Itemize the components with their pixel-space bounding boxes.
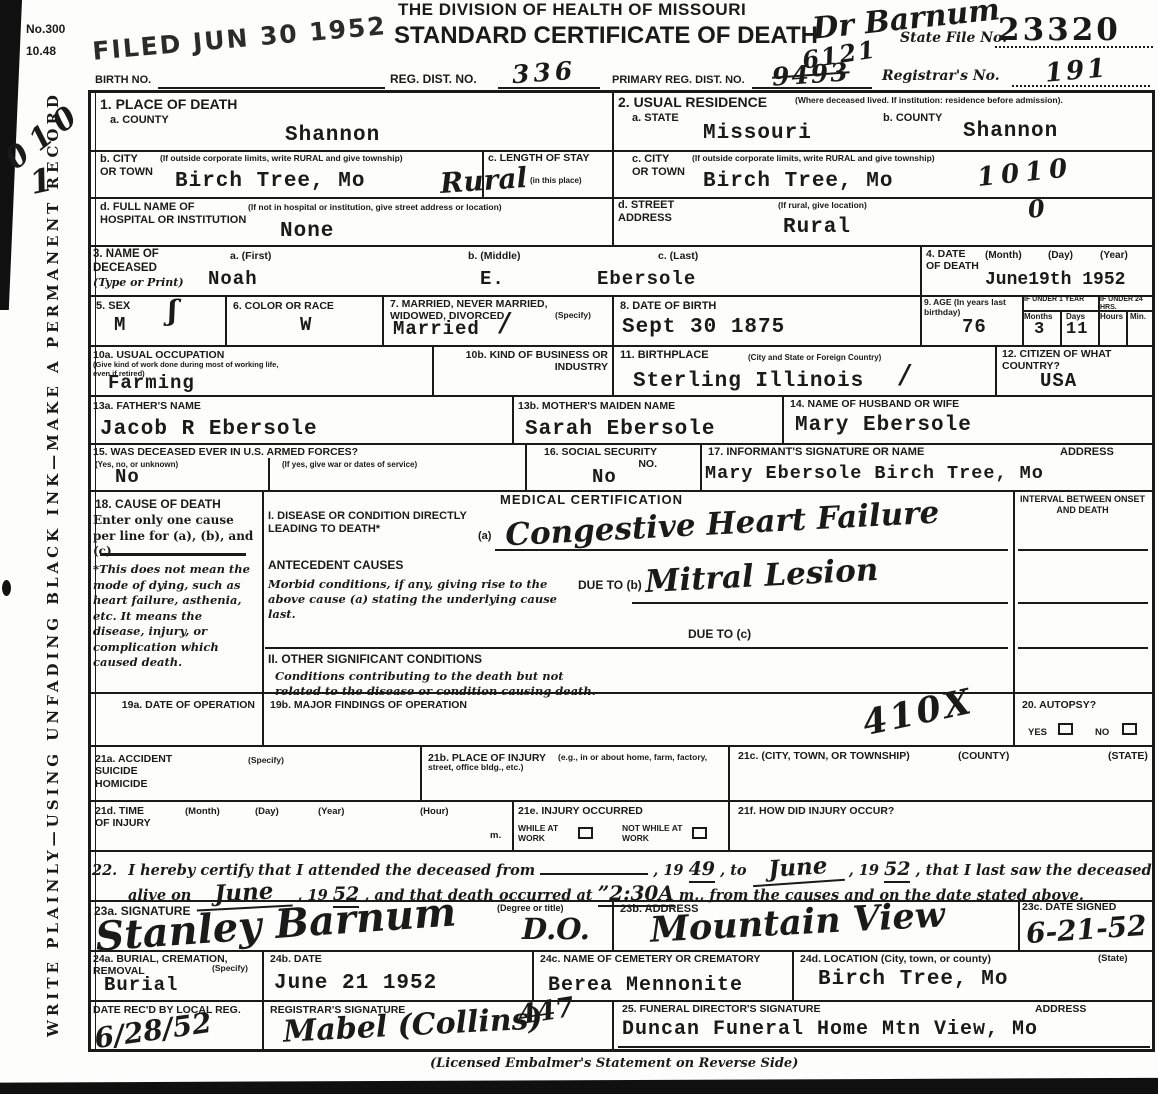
findings-label: 19b. MAJOR FINDINGS OF OPERATION (270, 699, 467, 711)
rule (262, 950, 264, 1052)
birth-no-label: BIRTH NO. (95, 74, 151, 87)
place-city-hand: Rural (439, 161, 528, 200)
middle-name-value: E. (480, 268, 505, 290)
marital-value: Married (393, 318, 480, 340)
injury-county-label: (COUNTY) (958, 750, 1009, 762)
disease-label: I. DISEASE OR CONDITION DIRECTLY LEADING… (268, 510, 498, 536)
other-conditions-note: Conditions contributing to the death but… (275, 669, 605, 699)
age-label: 9. AGE (In years last birthday) (924, 297, 1019, 317)
embalmer-note: (Licensed Embalmer's Statement on Revers… (430, 1056, 798, 1072)
rule (90, 745, 1153, 747)
certificate-title: STANDARD CERTIFICATE OF DEATH (394, 22, 818, 50)
forces-label: 15. WAS DECEASED EVER IN U.S. ARMED FORC… (93, 446, 358, 458)
antecedent-label: ANTECEDENT CAUSES (268, 558, 403, 572)
birthplace-note: (City and State or Foreign Country) (748, 353, 881, 362)
informant-address-label: ADDRESS (1060, 446, 1114, 459)
injury-not-while-label: NOT WHILE AT WORK (622, 823, 686, 843)
burial-kind-value: Burial (104, 974, 178, 996)
disease-sub-label: (a) (478, 530, 491, 543)
rule (1060, 310, 1062, 345)
rule (512, 395, 514, 443)
sex-label: 5. SEX (96, 300, 130, 313)
place-city-value: Birch Tree, Mo (175, 170, 365, 193)
rule (1013, 490, 1015, 745)
rule (90, 395, 1153, 397)
sex-hand-mark: ʃ (168, 294, 177, 327)
rule (90, 345, 1153, 347)
reg-dist-value: 336 (511, 56, 577, 89)
rule (90, 443, 1153, 445)
first-name-label: a. (First) (230, 250, 271, 262)
certify-p5: , that I last saw the deceased (916, 862, 1152, 879)
injury-hour-label: (Hour) (420, 806, 449, 817)
marital-note: (Specify) (555, 310, 591, 320)
death-certificate-scan: No.300 10.48 FILED JUN 30 1952 WRITE PLA… (0, 0, 1158, 1094)
certify-p6: alive on (128, 887, 191, 904)
mother-label: 13b. MOTHER'S MAIDEN NAME (518, 400, 675, 412)
injury-kind-label: 21a. ACCIDENT SUICIDE HOMICIDE (95, 753, 187, 790)
interval-label: INTERVAL BETWEEN ONSET AND DEATH (1020, 494, 1145, 515)
rule (632, 602, 1008, 604)
primary-reg-label: PRIMARY REG. DIST. NO. (612, 74, 745, 87)
forces-note1: (Yes, no, or unknown) (95, 460, 185, 469)
birth-date-label: 8. DATE OF BIRTH (620, 300, 716, 313)
forces-value: No (115, 466, 140, 488)
primary-reg-line (752, 87, 872, 89)
sex-value: M (114, 314, 126, 336)
rule (1018, 647, 1148, 649)
residence-street-hand: 0 (1027, 193, 1047, 224)
form-number: No.300 (26, 22, 65, 36)
rule (90, 950, 1153, 952)
margin-instruction: WRITE PLAINLY—USING UNFADING BLACK INK—M… (44, 112, 62, 1037)
injury-while-checkbox[interactable] (578, 827, 593, 839)
injury-state-label: (STATE) (1108, 750, 1148, 762)
residence-street-value: Rural (783, 216, 851, 239)
injury-time-label: 21d. TIME OF INJURY (95, 805, 157, 830)
rule (432, 345, 434, 395)
residence-state-value: Missouri (703, 122, 812, 145)
birthplace-value: Sterling Illinois (633, 370, 864, 393)
marital-hand-mark: / (500, 308, 510, 338)
burial-location-value: Birch Tree, Mo (818, 968, 1008, 991)
rule (100, 553, 246, 556)
residence-street-label: d. STREET ADDRESS (618, 199, 698, 225)
hours-label: Hours (1100, 312, 1123, 321)
injury-year-label: (Year) (318, 806, 344, 817)
antecedent-note: Morbid conditions, if any, giving rise t… (268, 577, 568, 622)
injury-place-note: (e.g., in or about home, farm, factory, … (428, 752, 718, 772)
residence-title-note: (Where deceased lived. If institution: r… (795, 95, 1150, 105)
cemetery-label: 24c. NAME OF CEMETERY OR CREMATORY (540, 953, 760, 965)
funeral-director-label: 25. FUNERAL DIRECTOR'S SIGNATURE (622, 1003, 821, 1015)
scan-artifact-bottom-strip (0, 1075, 1158, 1094)
reg-dist-label: REG. DIST. NO. (390, 72, 477, 86)
burial-date-label: 24b. DATE (270, 953, 322, 965)
rule (920, 245, 922, 295)
reg-dist-line (498, 87, 600, 89)
death-date-value: June19th 1952 (985, 270, 1125, 290)
autopsy-no-checkbox[interactable] (1122, 723, 1137, 735)
rule (512, 800, 514, 850)
other-conditions-label: II. OTHER SIGNIFICANT CONDITIONS (268, 652, 482, 666)
rule (995, 345, 997, 395)
registrar-no-line (1012, 77, 1150, 87)
autopsy-yes-label: YES (1028, 727, 1047, 738)
cause-label: 18. CAUSE OF DEATH (95, 497, 221, 511)
autopsy-yes-checkbox[interactable] (1058, 723, 1073, 735)
certify-p3: , to (720, 862, 746, 879)
residence-city-note: (If outside corporate limits, write RURA… (692, 153, 1022, 163)
operation-date-label: 19a. DATE OF OPERATION (95, 699, 255, 711)
form-revision: 10.48 (26, 44, 56, 58)
place-county-label: a. COUNTY (110, 114, 169, 127)
rule (90, 850, 1153, 852)
birthplace-hand-mark: / (900, 360, 910, 390)
autopsy-no-label: NO (1095, 727, 1109, 738)
death-day-label: (Day) (1048, 250, 1073, 262)
residence-title: 2. USUAL RESIDENCE (618, 94, 767, 111)
rule (90, 150, 1153, 152)
rule (262, 490, 264, 745)
rule (618, 1046, 1150, 1048)
funeral-director-value: Duncan Funeral Home Mtn View, Mo (622, 1018, 1038, 1041)
rule (782, 395, 784, 443)
injury-kind-note: (Specify) (248, 755, 284, 765)
place-county-value: Shannon (285, 124, 380, 147)
certify-blank-from (540, 861, 648, 875)
degree-hand: D.O. (522, 912, 590, 946)
state-file-line (995, 38, 1153, 48)
funeral-director-address-label: ADDRESS (1035, 1003, 1086, 1015)
certify-p4: , 19 (849, 862, 879, 879)
father-label: 13a. FATHER'S NAME (93, 400, 201, 412)
forces-note2: (If yes, give war or dates of service) (282, 460, 482, 469)
certify-p1: I hereby certify that I attended the dec… (128, 862, 535, 879)
rule (420, 745, 422, 800)
race-label: 6. COLOR OR RACE (233, 300, 334, 312)
last-name-label: c. (Last) (658, 250, 698, 262)
citizen-value: USA (1040, 370, 1077, 392)
residence-city-value: Birch Tree, Mo (703, 170, 893, 193)
injury-day-label: (Day) (255, 806, 279, 817)
scan-artifact-dot (2, 580, 11, 596)
rule (612, 345, 614, 395)
burial-kind-note: (Specify) (212, 963, 248, 973)
name-note: (Type or Print) (93, 276, 184, 289)
place-hospital-label: d. FULL NAME OF HOSPITAL OR INSTITUTION (100, 201, 250, 227)
registrar-no-label: Registrar's No. (882, 68, 1000, 85)
occupation-value: Farming (108, 372, 195, 394)
rule (1018, 549, 1148, 551)
rule (265, 647, 1008, 649)
death-year-label: (Year) (1100, 250, 1128, 262)
rule (700, 443, 702, 490)
injury-occurred-label: 21e. INJURY OCCURRED (518, 805, 643, 817)
injury-how-label: 21f. HOW DID INJURY OCCUR? (738, 805, 894, 817)
residence-state-label: a. STATE (632, 112, 679, 125)
cause-footnote: *This does not mean the mode of dying, s… (93, 562, 253, 671)
injury-m-label: m. (490, 830, 501, 841)
rule (612, 295, 614, 345)
age-value: 76 (962, 316, 987, 338)
burial-location-label: 24d. LOCATION (City, town, or county) (800, 953, 991, 965)
place-stay-note: (in this place) (530, 176, 582, 185)
rule (612, 1000, 614, 1052)
ssn-value: No (592, 466, 617, 488)
middle-name-label: b. (Middle) (468, 250, 521, 262)
last-name-value: Ebersole (597, 268, 696, 290)
medical-certification-title: MEDICAL CERTIFICATION (500, 492, 683, 507)
under1-label: IF UNDER 1 YEAR (1024, 296, 1096, 304)
injury-not-while-checkbox[interactable] (692, 827, 707, 839)
rule (532, 950, 534, 1000)
rule (225, 295, 227, 345)
certify-p2: , 19 (653, 862, 683, 879)
death-month-label: (Month) (985, 250, 1022, 262)
place-of-death-title: 1. PLACE OF DEATH (100, 96, 237, 113)
residence-county-value: Shannon (963, 120, 1058, 143)
burial-location-state-label: (State) (1098, 953, 1128, 964)
place-city-label: b. CITY OR TOWN (100, 153, 156, 179)
spouse-value: Mary Ebersole (795, 414, 972, 437)
injury-while-label: WHILE AT WORK (518, 823, 574, 843)
place-stay-label: c. LENGTH OF STAY (488, 152, 608, 164)
rule (612, 90, 614, 245)
due-c-label: DUE TO (c) (688, 627, 751, 641)
informant-value: Mary Ebersole Birch Tree, Mo (705, 463, 1044, 484)
due-b-label: DUE TO (b) (578, 578, 642, 592)
place-hospital-value: None (280, 220, 334, 243)
rule (1018, 602, 1148, 604)
injury-month-label: (Month) (185, 806, 220, 817)
under24-label: IF UNDER 24 HRS. (1100, 296, 1152, 313)
place-hospital-note: (If not in hospital or institution, give… (248, 202, 608, 212)
min-label: Min. (1130, 312, 1146, 321)
birth-date-value: Sept 30 1875 (622, 316, 785, 339)
burial-date-value: June 21 1952 (274, 972, 437, 995)
rule (90, 800, 1153, 802)
rule (525, 443, 527, 490)
mother-value: Sarah Ebersole (525, 418, 715, 441)
autopsy-label: 20. AUTOPSY? (1022, 699, 1096, 711)
rule (495, 549, 1008, 551)
state-file-label: State File No. (900, 30, 1007, 47)
first-name-value: Noah (208, 268, 258, 290)
birthplace-label: 11. BIRTHPLACE (620, 349, 709, 362)
filed-stamp: FILED JUN 30 1952 (91, 11, 388, 66)
place-city-note: (If outside corporate limits, write RURA… (160, 153, 475, 163)
months-value: 3 (1034, 320, 1045, 339)
residence-city-label: c. CITY OR TOWN (632, 153, 688, 179)
injury-city-label: 21c. (CITY, TOWN, OR TOWNSHIP) (738, 750, 910, 762)
days-value: 11 (1066, 320, 1088, 339)
death-date-label: 4. DATE OF DEATH (926, 248, 982, 273)
rule (268, 458, 270, 490)
division-title: THE DIVISION OF HEALTH OF MISSOURI (398, 0, 746, 20)
informant-label: 17. INFORMANT'S SIGNATURE OR NAME (708, 446, 924, 459)
race-value: W (300, 314, 312, 336)
name-label: 3. NAME OF DECEASED (93, 248, 205, 275)
rule (382, 295, 384, 345)
rule (90, 692, 1153, 694)
rule (728, 745, 730, 850)
father-value: Jacob R Ebersole (100, 418, 318, 441)
rule (90, 1000, 1153, 1002)
residence-county-label: b. COUNTY (883, 112, 942, 125)
rule (90, 245, 1153, 247)
certify-num: 22. (92, 862, 117, 879)
business-label: 10b. KIND OF BUSINESS OR INDUSTRY (438, 349, 608, 374)
birth-no-line (158, 87, 385, 89)
cemetery-value: Berea Mennonite (548, 974, 743, 997)
rule (792, 950, 794, 1000)
rule (1126, 310, 1128, 345)
spouse-label: 14. NAME OF HUSBAND OR WIFE (790, 398, 959, 410)
residence-street-note: (If rural, give location) (778, 200, 867, 210)
rule (920, 295, 922, 345)
